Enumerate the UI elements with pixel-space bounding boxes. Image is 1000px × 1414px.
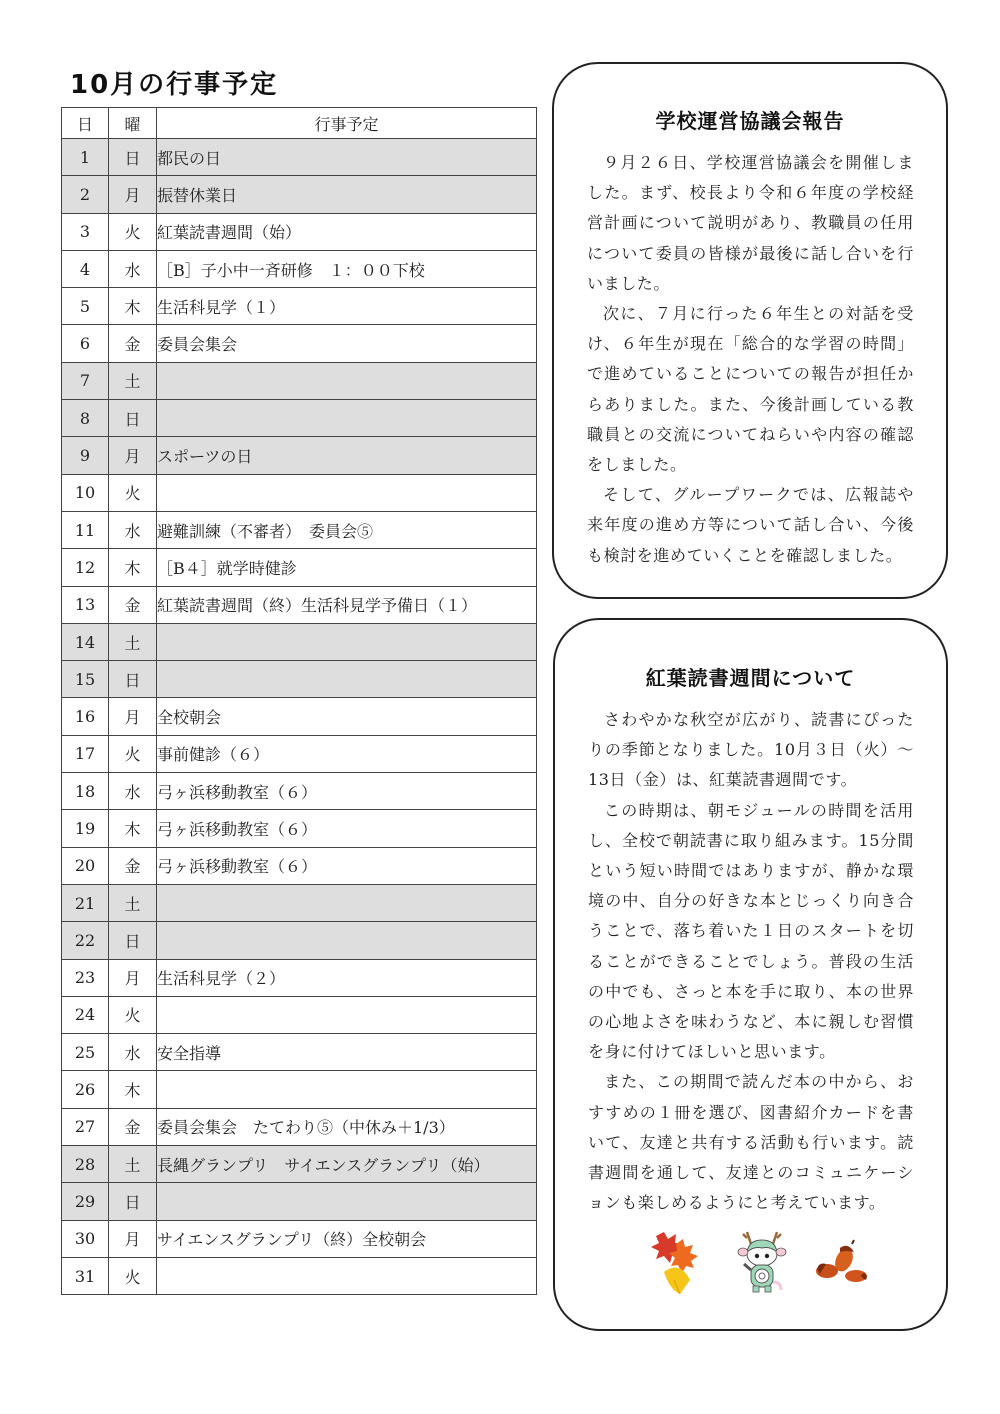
event-cell: 避難訓練（不審者） 委員会⑤ — [157, 511, 537, 548]
weekday-cell: 金 — [109, 847, 157, 884]
weekday-cell: 土 — [109, 623, 157, 660]
event-cell — [157, 1183, 537, 1220]
event-cell: 紅葉読書週間（始） — [157, 213, 537, 250]
reading-week-title: 紅葉読書週間について — [555, 662, 946, 691]
weekday-cell: 月 — [109, 176, 157, 213]
day-cell: 28 — [62, 1146, 109, 1183]
weekday-cell: 土 — [109, 1146, 157, 1183]
schedule-table: 日 曜 行事予定 1日都民の日2月振替休業日3火紅葉読書週間（始）4水［B］子小… — [61, 107, 537, 1295]
day-cell: 16 — [62, 698, 109, 735]
weekday-cell: 月 — [109, 698, 157, 735]
event-cell: 生活科見学（１） — [157, 288, 537, 325]
table-row: 13金紅葉読書週間（終）生活科見学予備日（１） — [62, 586, 537, 623]
day-cell: 9 — [62, 437, 109, 474]
event-cell: 安全指導 — [157, 1034, 537, 1071]
table-row: 3火紅葉読書週間（始） — [62, 213, 537, 250]
illustrations — [650, 1228, 870, 1298]
schedule-body: 1日都民の日2月振替休業日3火紅葉読書週間（始）4水［B］子小中一斉研修 １：０… — [62, 139, 537, 1295]
event-cell: 弓ヶ浜移動教室（６） — [157, 847, 537, 884]
header-day: 日 — [62, 108, 109, 139]
table-row: 20金弓ヶ浜移動教室（６） — [62, 847, 537, 884]
day-cell: 17 — [62, 735, 109, 772]
day-cell: 12 — [62, 549, 109, 586]
weekday-cell: 金 — [109, 586, 157, 623]
reading-week-body: さわやかな秋空が広がり、読書にぴったりの季節となりました。10月３日（火）～13… — [555, 705, 946, 1218]
event-cell — [157, 661, 537, 698]
day-cell: 18 — [62, 773, 109, 810]
weekday-cell: 火 — [109, 213, 157, 250]
weekday-cell: 日 — [109, 400, 157, 437]
event-cell: サイエンスグランプリ（終）全校朝会 — [157, 1220, 537, 1257]
council-paragraph: 次に、７月に行った６年生との対話を受け、６年生が現在「総合的な学習の時間」で進め… — [587, 299, 914, 480]
event-cell: ［B］子小中一斉研修 １：００下校 — [157, 250, 537, 287]
day-cell: 10 — [62, 474, 109, 511]
table-row: 1日都民の日 — [62, 139, 537, 176]
table-row: 26木 — [62, 1071, 537, 1108]
table-row: 17火事前健診（６） — [62, 735, 537, 772]
event-cell: 都民の日 — [157, 139, 537, 176]
day-cell: 7 — [62, 362, 109, 399]
event-cell — [157, 922, 537, 959]
weekday-cell: 日 — [109, 139, 157, 176]
weekday-cell: 水 — [109, 250, 157, 287]
day-cell: 13 — [62, 586, 109, 623]
header-weekday: 曜 — [109, 108, 157, 139]
weekday-cell: 水 — [109, 511, 157, 548]
council-report-title: 学校運営協議会報告 — [554, 105, 946, 134]
day-cell: 26 — [62, 1071, 109, 1108]
acorns-icon — [814, 1238, 870, 1288]
weekday-cell: 日 — [109, 1183, 157, 1220]
weekday-cell: 月 — [109, 437, 157, 474]
day-cell: 2 — [62, 176, 109, 213]
council-report-body: ９月２６日、学校運営協議会を開催しました。まず、校長より令和６年度の学校経営計画… — [554, 148, 946, 571]
table-header-row: 日 曜 行事予定 — [62, 108, 537, 139]
event-cell — [157, 623, 537, 660]
reading-paragraph: また、この期間で読んだ本の中から、おすすめの１冊を選び、図書紹介カードを書いて、… — [588, 1067, 914, 1218]
day-cell: 1 — [62, 139, 109, 176]
table-row: 9月スポーツの日 — [62, 437, 537, 474]
page-title: 10月の行事予定 — [70, 64, 278, 101]
table-row: 12木［B４］就学時健診 — [62, 549, 537, 586]
day-cell: 23 — [62, 959, 109, 996]
weekday-cell: 木 — [109, 1071, 157, 1108]
reading-week-box: 紅葉読書週間について さわやかな秋空が広がり、読書にぴったりの季節となりました。… — [553, 618, 948, 1331]
weekday-cell: 金 — [109, 1108, 157, 1145]
weekday-cell: 火 — [109, 1257, 157, 1294]
table-row: 23月生活科見学（２） — [62, 959, 537, 996]
table-row: 22日 — [62, 922, 537, 959]
event-cell: 弓ヶ浜移動教室（６） — [157, 810, 537, 847]
day-cell: 11 — [62, 511, 109, 548]
council-paragraph: ９月２６日、学校運営協議会を開催しました。まず、校長より令和６年度の学校経営計画… — [587, 148, 914, 299]
table-row: 29日 — [62, 1183, 537, 1220]
event-cell: 事前健診（６） — [157, 735, 537, 772]
weekday-cell: 木 — [109, 549, 157, 586]
event-cell: 委員会集会 たてわり⑤（中休み＋1/3） — [157, 1108, 537, 1145]
weekday-cell: 水 — [109, 1034, 157, 1071]
event-cell: 長縄グランプリ サイエンスグランプリ（始） — [157, 1146, 537, 1183]
day-cell: 19 — [62, 810, 109, 847]
day-cell: 3 — [62, 213, 109, 250]
table-row: 15日 — [62, 661, 537, 698]
day-cell: 15 — [62, 661, 109, 698]
event-cell: 全校朝会 — [157, 698, 537, 735]
table-row: 10火 — [62, 474, 537, 511]
event-cell: 弓ヶ浜移動教室（６） — [157, 773, 537, 810]
reading-paragraph: さわやかな秋空が広がり、読書にぴったりの季節となりました。10月３日（火）～13… — [588, 705, 914, 796]
day-cell: 20 — [62, 847, 109, 884]
event-cell — [157, 474, 537, 511]
day-cell: 21 — [62, 884, 109, 921]
event-cell: 生活科見学（２） — [157, 959, 537, 996]
reading-paragraph: この時期は、朝モジュールの時間を活用し、全校で朝読書に取り組みます。15分間とい… — [588, 796, 914, 1068]
table-row: 18水弓ヶ浜移動教室（６） — [62, 773, 537, 810]
day-cell: 5 — [62, 288, 109, 325]
table-row: 24火 — [62, 996, 537, 1033]
day-cell: 29 — [62, 1183, 109, 1220]
event-cell — [157, 884, 537, 921]
weekday-cell: 土 — [109, 884, 157, 921]
event-cell — [157, 996, 537, 1033]
day-cell: 22 — [62, 922, 109, 959]
event-cell — [157, 362, 537, 399]
day-cell: 30 — [62, 1220, 109, 1257]
weekday-cell: 水 — [109, 773, 157, 810]
table-row: 8日 — [62, 400, 537, 437]
day-cell: 27 — [62, 1108, 109, 1145]
event-cell: 振替休業日 — [157, 176, 537, 213]
weekday-cell: 月 — [109, 1220, 157, 1257]
weekday-cell: 日 — [109, 922, 157, 959]
day-cell: 31 — [62, 1257, 109, 1294]
day-cell: 8 — [62, 400, 109, 437]
weekday-cell: 日 — [109, 661, 157, 698]
table-row: 19木弓ヶ浜移動教室（６） — [62, 810, 537, 847]
day-cell: 4 — [62, 250, 109, 287]
table-row: 28土長縄グランプリ サイエンスグランプリ（始） — [62, 1146, 537, 1183]
header-event: 行事予定 — [157, 108, 537, 139]
table-row: 25水安全指導 — [62, 1034, 537, 1071]
weekday-cell: 月 — [109, 959, 157, 996]
table-row: 7土 — [62, 362, 537, 399]
weekday-cell: 金 — [109, 325, 157, 362]
event-cell — [157, 1071, 537, 1108]
table-row: 16月全校朝会 — [62, 698, 537, 735]
autumn-leaves-icon — [650, 1230, 710, 1296]
table-row: 11水避難訓練（不審者） 委員会⑤ — [62, 511, 537, 548]
event-cell: 紅葉読書週間（終）生活科見学予備日（１） — [157, 586, 537, 623]
event-cell — [157, 400, 537, 437]
table-row: 21土 — [62, 884, 537, 921]
table-row: 4水［B］子小中一斉研修 １：００下校 — [62, 250, 537, 287]
event-cell: スポーツの日 — [157, 437, 537, 474]
day-cell: 25 — [62, 1034, 109, 1071]
weekday-cell: 火 — [109, 996, 157, 1033]
day-cell: 14 — [62, 623, 109, 660]
mascot-character-icon — [737, 1230, 787, 1296]
council-paragraph: そして、グループワークでは、広報誌や来年度の進め方等について話し合い、今後も検討… — [587, 480, 914, 571]
weekday-cell: 火 — [109, 474, 157, 511]
table-row: 2月振替休業日 — [62, 176, 537, 213]
day-cell: 24 — [62, 996, 109, 1033]
event-cell: 委員会集会 — [157, 325, 537, 362]
event-cell: ［B４］就学時健診 — [157, 549, 537, 586]
event-cell — [157, 1257, 537, 1294]
table-row: 30月サイエンスグランプリ（終）全校朝会 — [62, 1220, 537, 1257]
table-row: 31火 — [62, 1257, 537, 1294]
day-cell: 6 — [62, 325, 109, 362]
table-row: 6金委員会集会 — [62, 325, 537, 362]
table-row: 14土 — [62, 623, 537, 660]
table-row: 5木生活科見学（１） — [62, 288, 537, 325]
weekday-cell: 火 — [109, 735, 157, 772]
weekday-cell: 土 — [109, 362, 157, 399]
council-report-box: 学校運営協議会報告 ９月２６日、学校運営協議会を開催しました。まず、校長より令和… — [552, 62, 948, 599]
weekday-cell: 木 — [109, 810, 157, 847]
table-row: 27金委員会集会 たてわり⑤（中休み＋1/3） — [62, 1108, 537, 1145]
weekday-cell: 木 — [109, 288, 157, 325]
